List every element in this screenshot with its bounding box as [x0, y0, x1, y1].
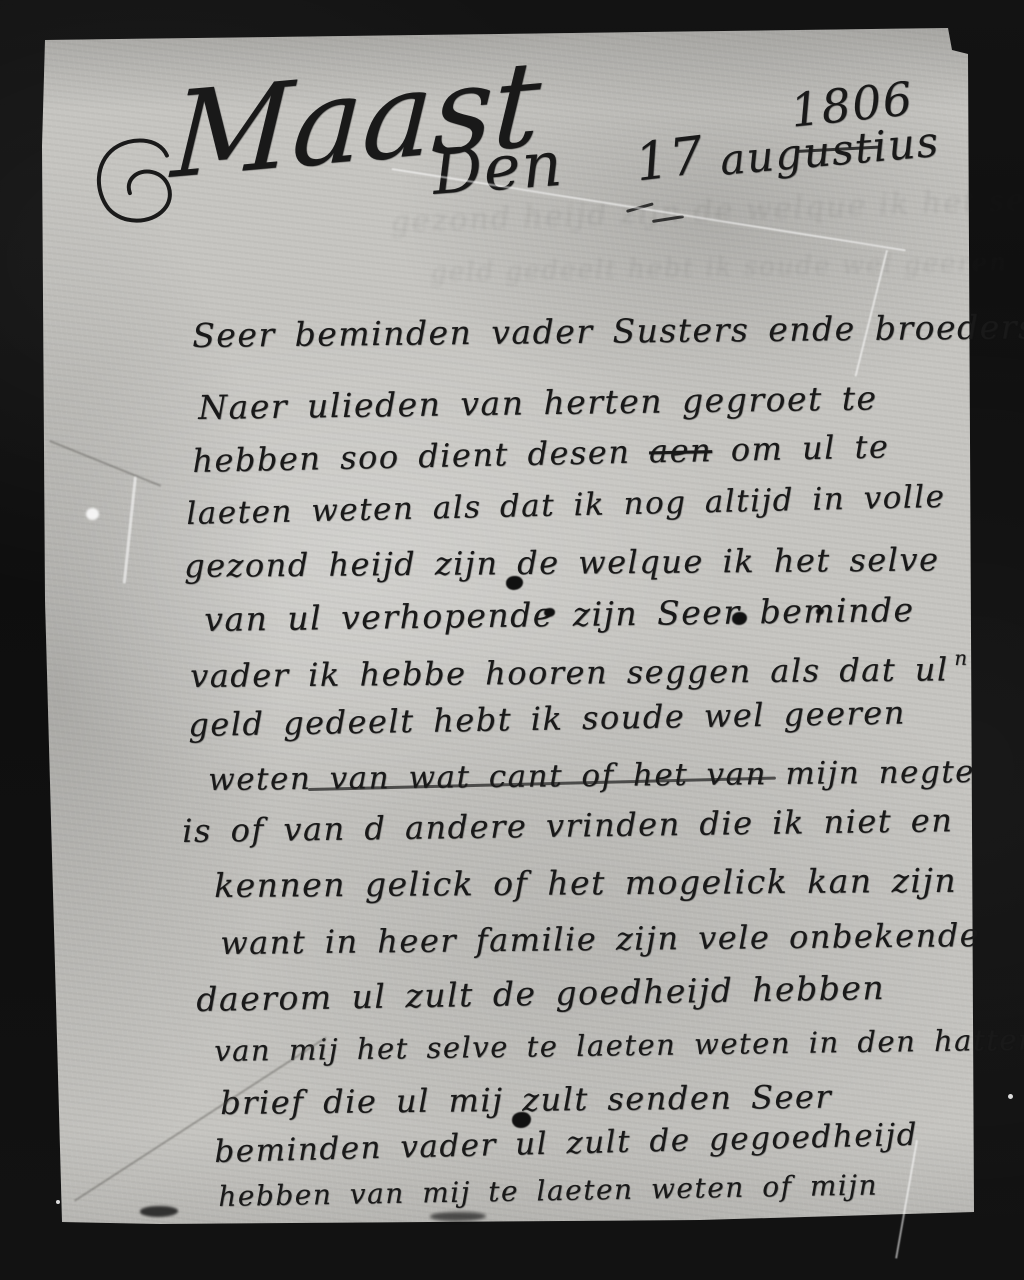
heading-day: 17	[632, 126, 708, 194]
paper-speck	[56, 1200, 60, 1204]
paper-speck	[1008, 1094, 1013, 1099]
paper-speck	[86, 508, 99, 520]
letter-line: vader ik hebbe hooren seggen als dat ul	[190, 650, 949, 695]
heading-den-word: Den	[430, 127, 566, 209]
line-text: om ul te	[730, 427, 889, 468]
struck-word: aen	[649, 431, 713, 470]
letter-line: want in heer familie zijn vele onbekende	[220, 916, 980, 962]
letter-line: kennen gelick of het mogelick kan zijn	[214, 861, 957, 905]
scanned-letter-page: gezond heijd zijn de welque ik het selve…	[0, 0, 1024, 1280]
letter-line: gezond heijd zijn de welque ik het selve	[184, 540, 940, 585]
superscript-n: n	[954, 646, 969, 670]
